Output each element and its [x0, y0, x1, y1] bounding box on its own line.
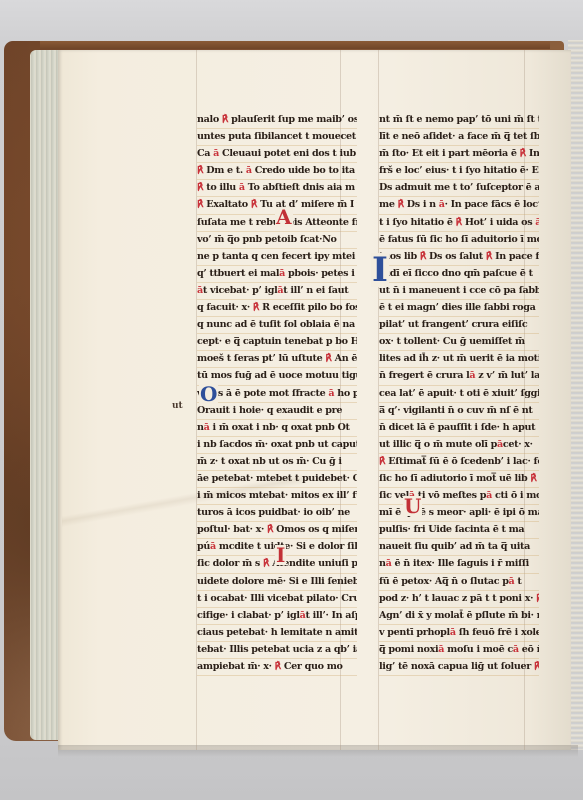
rubric-mark: ā	[328, 388, 334, 399]
text-line: tebat· Illis petebat ucia z a qb’ ia	[197, 642, 357, 659]
text-line: me ℟ Ds i n ā· In pace fācs ē loc’ ei	[379, 197, 539, 214]
text-line: ℟ Eſtimat̅ ſū ē ō ſcedenb’ i lac· fos…	[379, 454, 539, 471]
decorated-initial: A	[275, 207, 293, 227]
text-line: tuos lib ℟ Ds os ſalut ℟ In pace frš	[379, 249, 539, 266]
text-line: untes puta ſibilancet t mouecet caput	[197, 129, 357, 146]
rubric-mark: ℟	[275, 661, 281, 672]
text-line: cea lat’ ē apuit· t oti ē xiuit’ ſggi	[379, 386, 539, 403]
rubric-mark: ℟	[251, 199, 257, 210]
text-line: Iudī eī ſicco dno qm̄ paſcue ē t	[379, 266, 539, 283]
text-line: nt m̄ ſt e nemo pap’ tō uni m̄ ſt tol	[379, 112, 539, 129]
text-line: q nunc ad ē tuſit ſol oblaia ē na i	[197, 317, 357, 334]
page-block-fore-edge	[30, 50, 60, 740]
rubric-mark: ā	[509, 576, 515, 587]
text-line: m̄ z· t oxat nb ut os m̄· Cu ḡ i	[197, 454, 357, 471]
text-line: uidete dolore mē· Si e Illi ſeniebt	[197, 574, 357, 591]
text-line: ℟ to illu ā To abſtieſt dnis aia m	[197, 180, 357, 197]
text-line: nalo ℟ plauſerit ſup me maib’ os miſe	[197, 112, 357, 129]
rubric-mark: ā	[497, 439, 503, 450]
rubric-mark: ā	[513, 644, 519, 655]
rubric-mark: ℟	[486, 251, 492, 262]
rubric-mark: ā	[204, 422, 210, 433]
decorated-initial: I	[275, 545, 286, 565]
text-line: Ds admuit me t to’ ſuſceptor ē ame	[379, 180, 539, 197]
text-line: pod z· h’ t lauac z pā t t poni x· ℟	[379, 591, 539, 608]
text-line: m̄ ſto· Et eit i part mēoria ē ℟ In par…	[379, 146, 539, 163]
text-line: ciaus petebat· h lemitate n amit	[197, 625, 357, 642]
text-line: lites ad ih̄ z· ut m̄ uerit ē ia moti	[379, 351, 539, 368]
text-column-left: nalo ℟ plauſerit ſup me maib’ os miſeunt…	[197, 112, 357, 676]
decorated-initial: U	[403, 496, 422, 516]
rubric-mark: ℟	[197, 182, 203, 193]
text-line: poſtul· bat· x· ℟ Omos os q miſer	[197, 522, 357, 539]
text-line: t i ocabat· Illi vicebat pilato· Cru	[197, 591, 357, 608]
text-line: āe petebat· mtebet t puidebet· Os	[197, 471, 357, 488]
text-line: cept· e q̅ captuin tenebat p bo Ho pota	[197, 334, 357, 351]
rubric-mark: ℟	[379, 456, 385, 467]
text-line: Ca ā Cleuaui potet eni dos t iub vce gle	[197, 146, 357, 163]
rubric-mark: ā	[486, 490, 492, 501]
rubric-mark: ℟	[197, 165, 203, 176]
rubric-mark: ā	[300, 610, 306, 621]
decorated-initial: I	[371, 253, 389, 287]
text-line: āt vicebat· p’ iglāt ill’ n ei ſaut	[197, 283, 357, 300]
text-line: ut illic q̅ o m̄ mute olī pācet· x·	[379, 437, 539, 454]
rubric-mark: ā	[386, 558, 392, 569]
margin-note: ut	[172, 401, 183, 411]
rubric-mark: ā	[277, 285, 283, 296]
rubric-mark: ℟	[325, 353, 331, 364]
rubric-mark: ā	[279, 268, 285, 279]
rubric-mark: ℟	[267, 524, 273, 535]
text-line: līt e neō aſidet· a face m̄ q̅ tet ſbl…	[379, 129, 539, 146]
text-line: nā i m̄ oxat i nb· q oxat pnb Ot	[197, 420, 357, 437]
text-line: ampiebat m̄· x· ℟ Cer quo mo	[197, 659, 357, 676]
text-line: pilat’ ut frangent’ crura eiſiſc	[379, 317, 539, 334]
text-line: Orauit i hoie· q exaudit e pre	[197, 403, 357, 420]
rubric-mark: ā	[535, 217, 539, 228]
text-line: moeš t ſeras pt’ lū uſtute ℟ An ē oſ	[197, 351, 357, 368]
text-line: lig’ tē noxā capua liḡ ut ſoluer ℟ x’	[379, 659, 539, 676]
rubric-mark: ℟	[222, 114, 228, 125]
text-line: v pentī prhoplā ſh feuō frē i xolens	[379, 625, 539, 642]
text-line: n̄ dicet lā ē pauſſit i ſde· h aput	[379, 420, 539, 437]
text-line: n̄ fregert ē crura lā z v’ m̄ lut’ la	[379, 368, 539, 385]
text-line: tū mos fuḡ ad ē uoce motuu tigut ū	[197, 368, 357, 385]
rubric-mark: ℟	[536, 593, 539, 604]
text-line: fū ē petox· Aq̅ n̄ o ſlutac pā t	[379, 574, 539, 591]
text-line: vetes ā ē pote mot ſfracte ā ho pota	[197, 386, 357, 403]
text-line: q̅̄ pomi noxiā moſu i moē cā eō n̄ ſpe	[379, 642, 539, 659]
page-shadow	[58, 745, 578, 757]
rubric-mark: ā	[239, 182, 245, 193]
rubric-mark: ā	[210, 541, 216, 552]
text-line: ℟ Dm e t. ā Credo uide bo to ita n	[197, 163, 357, 180]
text-line: naueit ſiu quib’ ad m̄ ta q̅ uita	[379, 539, 539, 556]
rubric-mark: ā	[213, 148, 219, 159]
rubric-mark: ā	[439, 199, 445, 210]
text-line: ne p tanta q cen fecert ipy mtei	[197, 249, 357, 266]
rubric-mark: ā	[450, 627, 456, 638]
rubric-mark: ā	[197, 285, 203, 296]
text-line: cifige· i clabat· p’ iglāt ill’· In aſpi	[197, 608, 357, 625]
rubric-mark: ℟	[530, 473, 536, 484]
text-line: ſic ho ſī adiutorio ī mot̅ uē lib ℟ E…	[379, 471, 539, 488]
rubric-mark: ā	[469, 370, 475, 381]
text-line: i m̄ micos mtebat· mitos ex ill’ fu	[197, 488, 357, 505]
text-line: Agn’ di x̄ y molat̄ ē pſlute m̄ bi· nā	[379, 608, 539, 625]
rubric-mark: ℟	[534, 661, 539, 672]
rubric-mark: ā	[246, 165, 252, 176]
rubric-mark: ℟	[263, 558, 269, 569]
rubric-mark: ℟	[398, 199, 404, 210]
rubric-mark: ā	[438, 644, 444, 655]
rubric-mark: ℟	[520, 148, 526, 159]
text-column-right: nt m̄ ſt e nemo pap’ tō uni m̄ ſt tolli…	[379, 112, 539, 676]
text-line: q facuit· x· ℟ R eceſſit pilo bo fos	[197, 300, 357, 317]
text-line: q’ ttbuert ei malā pbois· petes i	[197, 266, 357, 283]
book-cover-top-edge	[40, 41, 550, 49]
text-line: vo’ m̄ q̅o pnb petoib ſcat·No	[197, 232, 357, 249]
text-line: pulſis· fri Uide ſacinta ē t ma	[379, 522, 539, 539]
text-line: ox· t tollent· Cu ḡ uemiſſet m̄	[379, 334, 539, 351]
text-line: t i ſyo hitatio ē ℟ Hot’ i uida os ā	[379, 215, 539, 232]
rubric-mark: ℟	[197, 199, 203, 210]
text-line: turos ā icos puidbat· io oib’ ne	[197, 505, 357, 522]
text-line: ē fatus ſū ſic ho ſī aduitorio ī mor	[379, 232, 539, 249]
text-line: nā ē n̄ itex· Ille ſaguis i r̄ miſſi	[379, 556, 539, 573]
rubric-mark: ℟	[253, 302, 259, 313]
text-line: a̅ q’· vigilanti n̄ o cuv m̄ nſ ē nt	[379, 403, 539, 420]
text-line: i nb ſacdos m̄· oxat pnb ut caput	[197, 437, 357, 454]
text-line: ē t ei magn’ dies ille ſabbi roga	[379, 300, 539, 317]
rubric-mark: ℟	[420, 251, 426, 262]
rubric-mark: ℟	[456, 217, 462, 228]
text-line: frš e loc’ eius· t i ſyo hitatio ē· Et·…	[379, 163, 539, 180]
decorated-initial: O	[199, 384, 218, 404]
text-line: ut n̄ i maneuent i cce cō pa ſabbo	[379, 283, 539, 300]
